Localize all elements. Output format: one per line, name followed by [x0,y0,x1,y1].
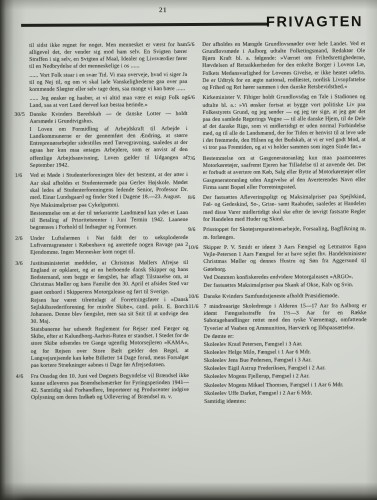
entry-paragraph: Under Luftalarmen i Nat faldt der to uek… [30,235,188,257]
chronicle-entry: 30/5Danske Kvinders Beredskab — de dansk… [30,111,188,170]
chronicle-entry: 6/6Kirkeminister V. Fibiger holdt Grundl… [202,95,365,153]
chronicle-entry: 10/6Danske Kvinders Samfundstjeneste afh… [203,293,366,301]
entry-paragraph: Skoleelev Mogens Mikael Thomsen, Fængsel… [204,382,367,390]
chronicle-columns: til sidst ikke regnet for noget. Men men… [29,41,367,491]
page-number: 21 [159,6,167,14]
entry-paragraph: Skoleelev Eigil Astrup Frederiksen, Fæng… [204,365,367,373]
entry-date: 9/6 [188,227,195,234]
intro-block: til sidst ikke regnet for noget. Men men… [29,42,187,110]
entry-paragraph: I Loven om Formidling af Arbejdskraft ti… [30,126,188,170]
entry-paragraph: Der fastsættes Afleveringspligt og Maksi… [203,194,366,223]
chronicle-entry: 4/6Fra Onsdag den 10. Juni ved Døgnets B… [31,373,189,402]
header-rule [21,23,267,27]
entry-paragraph: Samtidig idømtes: [204,398,367,406]
entry-date: 6/6 [187,95,194,102]
entry-paragraph: Nye Maksimalpriser paa Cykelgummi. [30,202,188,210]
entry-date: 11/6 [189,304,199,311]
entry-paragraph: Kirkeminister V. Fibiger holdt Grundlovs… [202,95,365,153]
entry-paragraph: Danske Kvinders Beredskab — de danske Lo… [30,111,188,126]
entry-paragraph: Rejsen har været tilrettelagt af Forretn… [31,297,189,326]
entry-paragraph: Skoleelev Jens Bue Pedersen, Fængsel i 3… [204,357,367,365]
chronicle-entry: 9/6Prisstoppet for Skotøjsreparationsarb… [203,226,366,241]
intro-paragraph: ...... Jeg ønsker og haaber, at vi altid… [29,95,187,110]
entry-paragraph: Der afholdes en Mængde Grundlovsmøder ov… [202,41,365,92]
entry-date: 5/6 [187,42,194,49]
entry-paragraph: Skipper P. V. Smidt er idømt 3 Aars Fæng… [203,244,366,273]
entry-paragraph: Fra Onsdag den 10. Juni ved Døgnets Begy… [31,373,189,402]
entry-date: 10/6 [188,293,198,300]
entry-date: 30/5 [15,112,25,119]
entry-paragraph: Der fastsættes Maksimalpriser paa Skank … [203,282,366,290]
entry-paragraph: De dømte er: [204,333,367,341]
chronicle-entry: 1/6Ved et Møde i Studenterforeningen ble… [30,172,188,232]
chronicle-entry: 10/6Skipper P. V. Smidt er idømt 3 Aars … [203,244,366,290]
entry-date: 8/6 [188,195,195,202]
masthead-title: FRIVAGTEN [266,14,363,31]
entry-date: 2/6 [15,236,22,243]
entry-paragraph: Ved et Møde i Studenterforeningen blev d… [30,172,188,201]
intro-paragraph: ...... Vort Folk staar i en svær Tid. Vi… [29,72,187,94]
entry-paragraph: Skoleelev Uffe Darket, Fængsel i 2 Aar 6… [204,390,367,398]
chronicle-entry: 3/6Justitsministeriet meddeler, at Chris… [30,260,189,370]
page: 21 FRIVAGTEN til sidst ikke regnet for n… [0,0,377,500]
entry-date: 10/6 [188,245,198,252]
entry-paragraph: Bestemmelse om at Gasgeneratoranlæg kun … [203,155,366,192]
entry-paragraph: Skoleelev Knud Petersen, Fængsel i 3 Aar… [204,341,367,349]
intro-paragraph: til sidst ikke regnet for noget. Men men… [29,42,187,71]
entry-paragraph: Prisstoppet for Skotøjsreparationsarbejd… [203,226,366,241]
entry-paragraph: Skoleelev Mogens Fjellerup, Fængsel i 2 … [204,373,367,381]
entry-paragraph: 7 mindreaarige Skoledrenge i Alderen 15—… [204,303,367,332]
entry-paragraph: Ved Dommen konfiskeredes endvidere Motor… [203,274,366,282]
chronicle-entry: 5/6Der afholdes en Mængde Grundlovsmøder… [202,41,365,92]
entry-paragraph: Danske Kvinders Samfundstjeneste afholdt… [203,293,366,301]
chronicle-entry: 11/67 mindreaarige Skoledrenge i Alderen… [204,303,368,406]
chronicle-entry: 7/6Bestemmelse om at Gasgeneratoranlæg k… [203,155,366,192]
chronicle-entry: 8/6Der fastsættes Afleveringspligt og Ma… [203,194,366,223]
entry-paragraph: Statsbanerne har udsendt Reglement for R… [31,326,189,370]
chronicle-entry: 2/6Under Luftalarmen i Nat faldt der to … [30,235,188,257]
entry-date: 1/6 [15,173,22,180]
left-column: til sidst ikke regnet for noget. Men men… [29,42,189,491]
entry-date: 3/6 [15,261,22,268]
entry-date: 4/6 [16,373,23,380]
right-column: 5/6Der afholdes en Mængde Grundlovsmøder… [202,41,367,490]
entry-paragraph: Justitsministeriet meddeler, at Christma… [30,260,188,297]
entry-paragraph: Skoleelev Helge Milo, Fængsel i 1 Aar 6 … [204,349,367,357]
entry-date: 7/6 [188,156,195,163]
entry-paragraph: Bestemmelse om at der til tørkeramte Lan… [30,210,188,232]
